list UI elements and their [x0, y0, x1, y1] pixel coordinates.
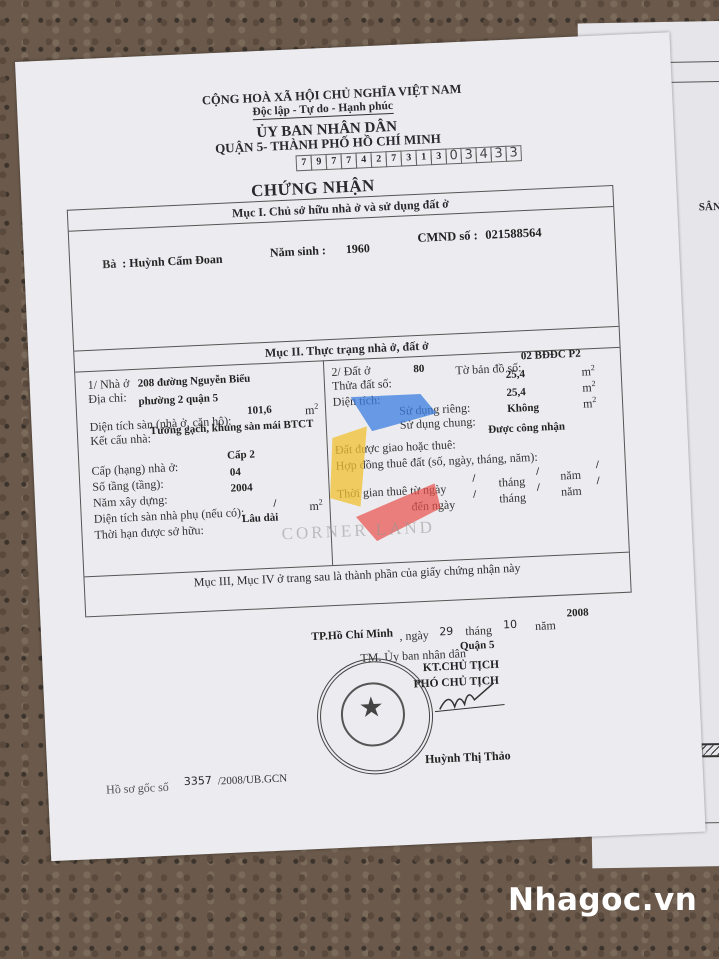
lease-to-month-label: tháng [499, 490, 526, 506]
grade-label: Cấp (hạng) nhà ở: [91, 460, 178, 479]
shared-use: Không [507, 402, 539, 415]
month-label: tháng [465, 623, 492, 639]
lease-to-year: / [596, 475, 600, 487]
year-built: 2004 [230, 482, 253, 495]
private-use: 25,4 [506, 386, 526, 399]
lease-to-day: / [473, 489, 477, 501]
day-label: , ngày [399, 628, 429, 644]
serial-digit-handwritten: 3 [505, 145, 522, 162]
lease-from-month: / [536, 466, 540, 478]
lease-from-day: / [472, 473, 476, 485]
private-use-unit: m2 [582, 379, 596, 396]
lease-to-year-label: năm [561, 484, 582, 500]
lease-from-year: / [596, 459, 600, 471]
signing-city: TP.Hồ Chí Minh [311, 627, 393, 643]
owner-name: : Huỳnh Cẩm Đoan [122, 252, 223, 272]
record-suffix: /2008/UB.GCN [218, 772, 288, 787]
id-label: CMND số : [417, 228, 478, 246]
signing-month: 10 [503, 618, 518, 632]
map-sheet: 02 BĐĐC P2 [521, 348, 581, 363]
address-line-2: phường 2 quận 5 [138, 392, 218, 408]
record-label: Hồ sơ gốc số [106, 780, 169, 798]
lease-from-month-label: tháng [498, 474, 525, 490]
shared-use-unit: m2 [583, 395, 597, 412]
certificate-page: CỘNG HOÀ XÃ HỘI CHỦ NGHĨA VIỆT NAM Độc l… [15, 32, 706, 861]
id-number: 021588564 [485, 225, 542, 243]
signature-icon [434, 678, 506, 721]
owner-label: Bà [102, 257, 117, 273]
floors: 04 [230, 466, 242, 478]
record-number: 3357 [184, 774, 213, 788]
site-logo: Nhagoc.vn [508, 882, 697, 918]
lease-to-month: / [537, 482, 541, 494]
area-unit: m2 [581, 363, 595, 380]
floor-area: 101,6 [247, 404, 272, 417]
ownership-term: Lâu dài [242, 512, 279, 526]
signer-name: Huỳnh Thị Thảo [425, 748, 511, 767]
grade: Cấp 2 [227, 449, 255, 462]
birth-year-label: Năm sinh : [270, 243, 327, 261]
birth-year: 1960 [346, 241, 371, 257]
address-line-1: 208 đường Nguyễn Biểu [137, 373, 250, 390]
hatched-legend-icon [700, 743, 719, 758]
allocation: Được công nhận [488, 420, 565, 435]
year-label: năm [535, 618, 556, 634]
signing-district: Quận 5 [460, 639, 495, 653]
address-label: Địa chỉ: [88, 390, 127, 407]
official-seal-icon: ★ [314, 656, 435, 777]
aux-area: / [273, 498, 277, 510]
section-3-note: Mục III, Mục IV ở trang sau là thành phầ… [84, 552, 629, 598]
role-chairman: KT.CHỦ TỊCH [423, 659, 500, 674]
signing-year: 2008 [566, 607, 589, 620]
right-page-text: SÂN [699, 201, 719, 213]
area: 25,4 [505, 368, 525, 381]
structure-label: Kết cấu nhà: [90, 431, 151, 449]
lease-from-year-label: năm [560, 468, 581, 484]
signing-day: 29 [439, 625, 454, 639]
